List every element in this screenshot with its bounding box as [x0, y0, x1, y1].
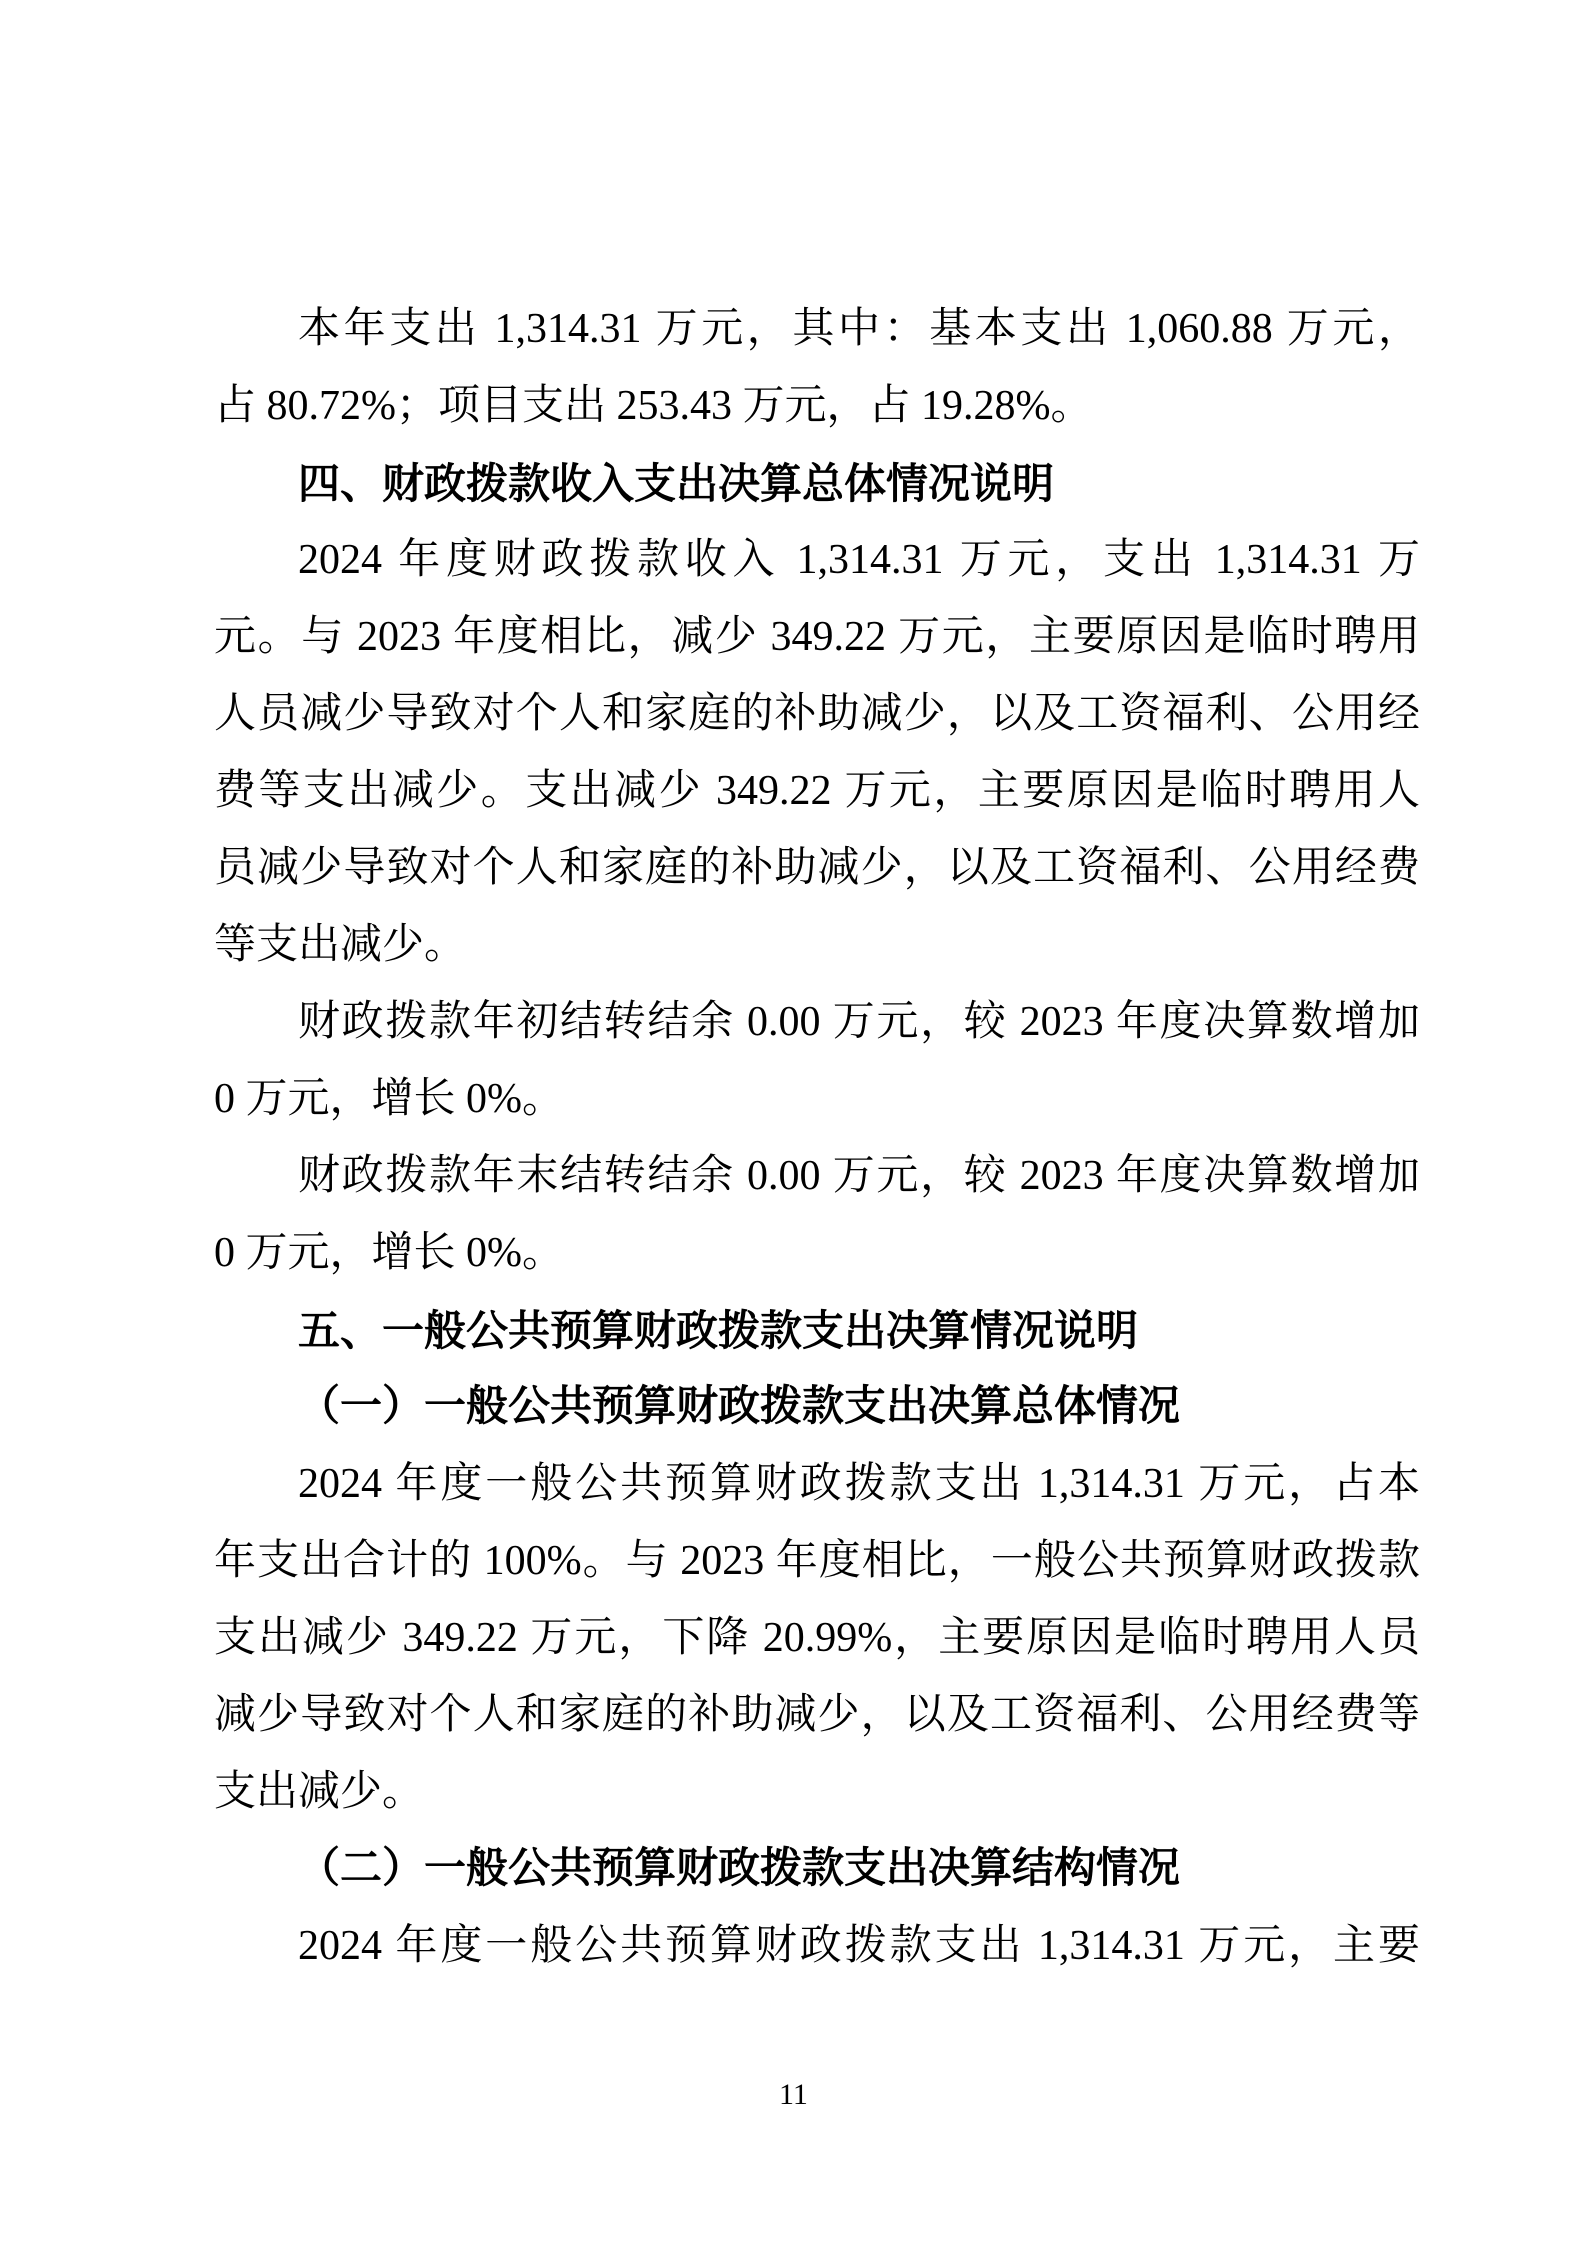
a4-page: 本年支出 1,314.31 万元，其中：基本支出 1,060.88 万元， 占 … — [0, 0, 1587, 2245]
paragraph-line: 0 万元，增长 0%。 — [214, 1061, 1420, 1138]
subheading-5-2: （二）一般公共预算财政拨款支出决算结构情况 — [214, 1831, 1420, 1908]
heading-section-4: 四、财政拨款收入支出决算总体情况说明 — [214, 445, 1420, 522]
paragraph-line: 支出减少。 — [214, 1754, 1420, 1831]
page-number: 11 — [0, 2078, 1587, 2112]
paragraph-line: 费等支出减少。支出减少 349.22 万元，主要原因是临时聘用人 — [214, 753, 1420, 830]
paragraph-line: 财政拨款年初结转结余 0.00 万元，较 2023 年度决算数增加 — [214, 984, 1420, 1061]
paragraph-line: 人员减少导致对个人和家庭的补助减少，以及工资福利、公用经 — [214, 676, 1420, 753]
paragraph-line: 减少导致对个人和家庭的补助减少，以及工资福利、公用经费等 — [214, 1677, 1420, 1754]
paragraph-line: 本年支出 1,314.31 万元，其中：基本支出 1,060.88 万元， — [214, 291, 1420, 368]
paragraph-line: 2024 年度财政拨款收入 1,314.31 万元，支出 1,314.31 万 — [214, 522, 1420, 599]
subheading-5-1: （一）一般公共预算财政拨款支出决算总体情况 — [214, 1369, 1420, 1446]
paragraph-line: 支出减少 349.22 万元，下降 20.99%，主要原因是临时聘用人员 — [214, 1600, 1420, 1677]
paragraph-line: 等支出减少。 — [214, 907, 1420, 984]
heading-section-5: 五、一般公共预算财政拨款支出决算情况说明 — [214, 1292, 1420, 1369]
paragraph-line: 财政拨款年末结转结余 0.00 万元，较 2023 年度决算数增加 — [214, 1138, 1420, 1215]
paragraph-line: 年支出合计的 100%。与 2023 年度相比，一般公共预算财政拨款 — [214, 1523, 1420, 1600]
paragraph-line: 2024 年度一般公共预算财政拨款支出 1,314.31 万元，占本 — [214, 1446, 1420, 1523]
paragraph-line: 0 万元，增长 0%。 — [214, 1215, 1420, 1292]
paragraph-line: 2024 年度一般公共预算财政拨款支出 1,314.31 万元，主要 — [214, 1908, 1420, 1985]
paragraph-line: 占 80.72%；项目支出 253.43 万元，占 19.28%。 — [214, 368, 1420, 445]
paragraph-line: 员减少导致对个人和家庭的补助减少，以及工资福利、公用经费 — [214, 830, 1420, 907]
document-body: 本年支出 1,314.31 万元，其中：基本支出 1,060.88 万元， 占 … — [214, 291, 1420, 1985]
paragraph-line: 元。与 2023 年度相比，减少 349.22 万元，主要原因是临时聘用 — [214, 599, 1420, 676]
